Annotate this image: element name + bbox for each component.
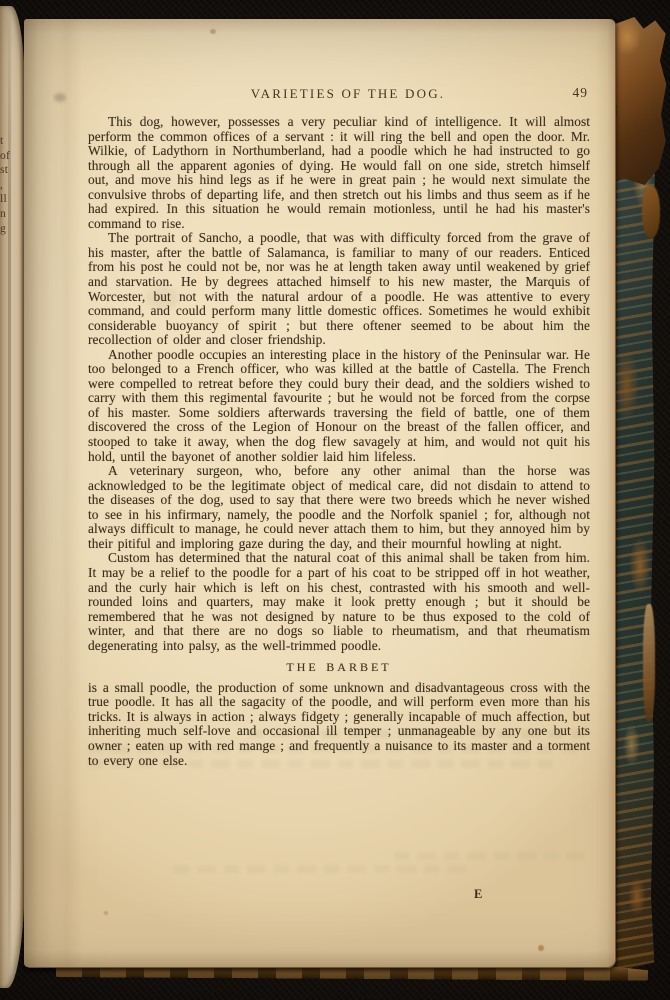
page-number: 49 bbox=[573, 85, 589, 101]
paragraph: This dog, however, possesses a very pecu… bbox=[88, 115, 590, 231]
stain-spot bbox=[54, 93, 66, 102]
paragraph: Another poodle occupies an interesting p… bbox=[88, 348, 590, 464]
fragment-line: st bbox=[0, 163, 15, 178]
continuation-paragraph: is a small poodle, the production of som… bbox=[88, 681, 590, 768]
show-through-text bbox=[174, 865, 474, 873]
paragraph: A veterinary surgeon, who, before any ot… bbox=[88, 464, 590, 551]
show-through-text bbox=[394, 852, 584, 860]
fragment-line: ll bbox=[0, 192, 15, 207]
cover-wear-patch bbox=[643, 604, 655, 722]
stain-spot bbox=[538, 945, 544, 951]
stain-spot bbox=[210, 29, 216, 34]
section-heading: THE BARBET bbox=[88, 660, 590, 675]
cover-wear-patch bbox=[642, 186, 660, 238]
signature-mark: E bbox=[474, 887, 483, 902]
fragment-line: t bbox=[0, 134, 15, 149]
fragment-line: g bbox=[0, 222, 15, 237]
fragment-line: , bbox=[0, 178, 15, 193]
facing-page-edge: t of st , ll n g bbox=[0, 6, 25, 988]
book-page: VARIETIES OF THE DOG. 49 This dog, howev… bbox=[24, 19, 614, 967]
page-header: VARIETIES OF THE DOG. 49 bbox=[88, 85, 590, 103]
paragraph: The portrait of Sancho, a poodle, that w… bbox=[88, 231, 590, 347]
book-photograph: t of st , ll n g VARIETIES OF THE DOG. 4… bbox=[0, 0, 670, 1000]
torn-cover-corner bbox=[610, 17, 668, 185]
stain-spot bbox=[104, 911, 108, 915]
paragraph: Custom has determined that the natural c… bbox=[88, 551, 590, 653]
running-header: VARIETIES OF THE DOG. bbox=[251, 86, 446, 102]
facing-page-text-fragments: t of st , ll n g bbox=[0, 134, 15, 236]
fragment-line: n bbox=[0, 207, 15, 222]
fragment-line: of bbox=[0, 149, 15, 164]
body-text: This dog, however, possesses a very pecu… bbox=[88, 115, 590, 768]
